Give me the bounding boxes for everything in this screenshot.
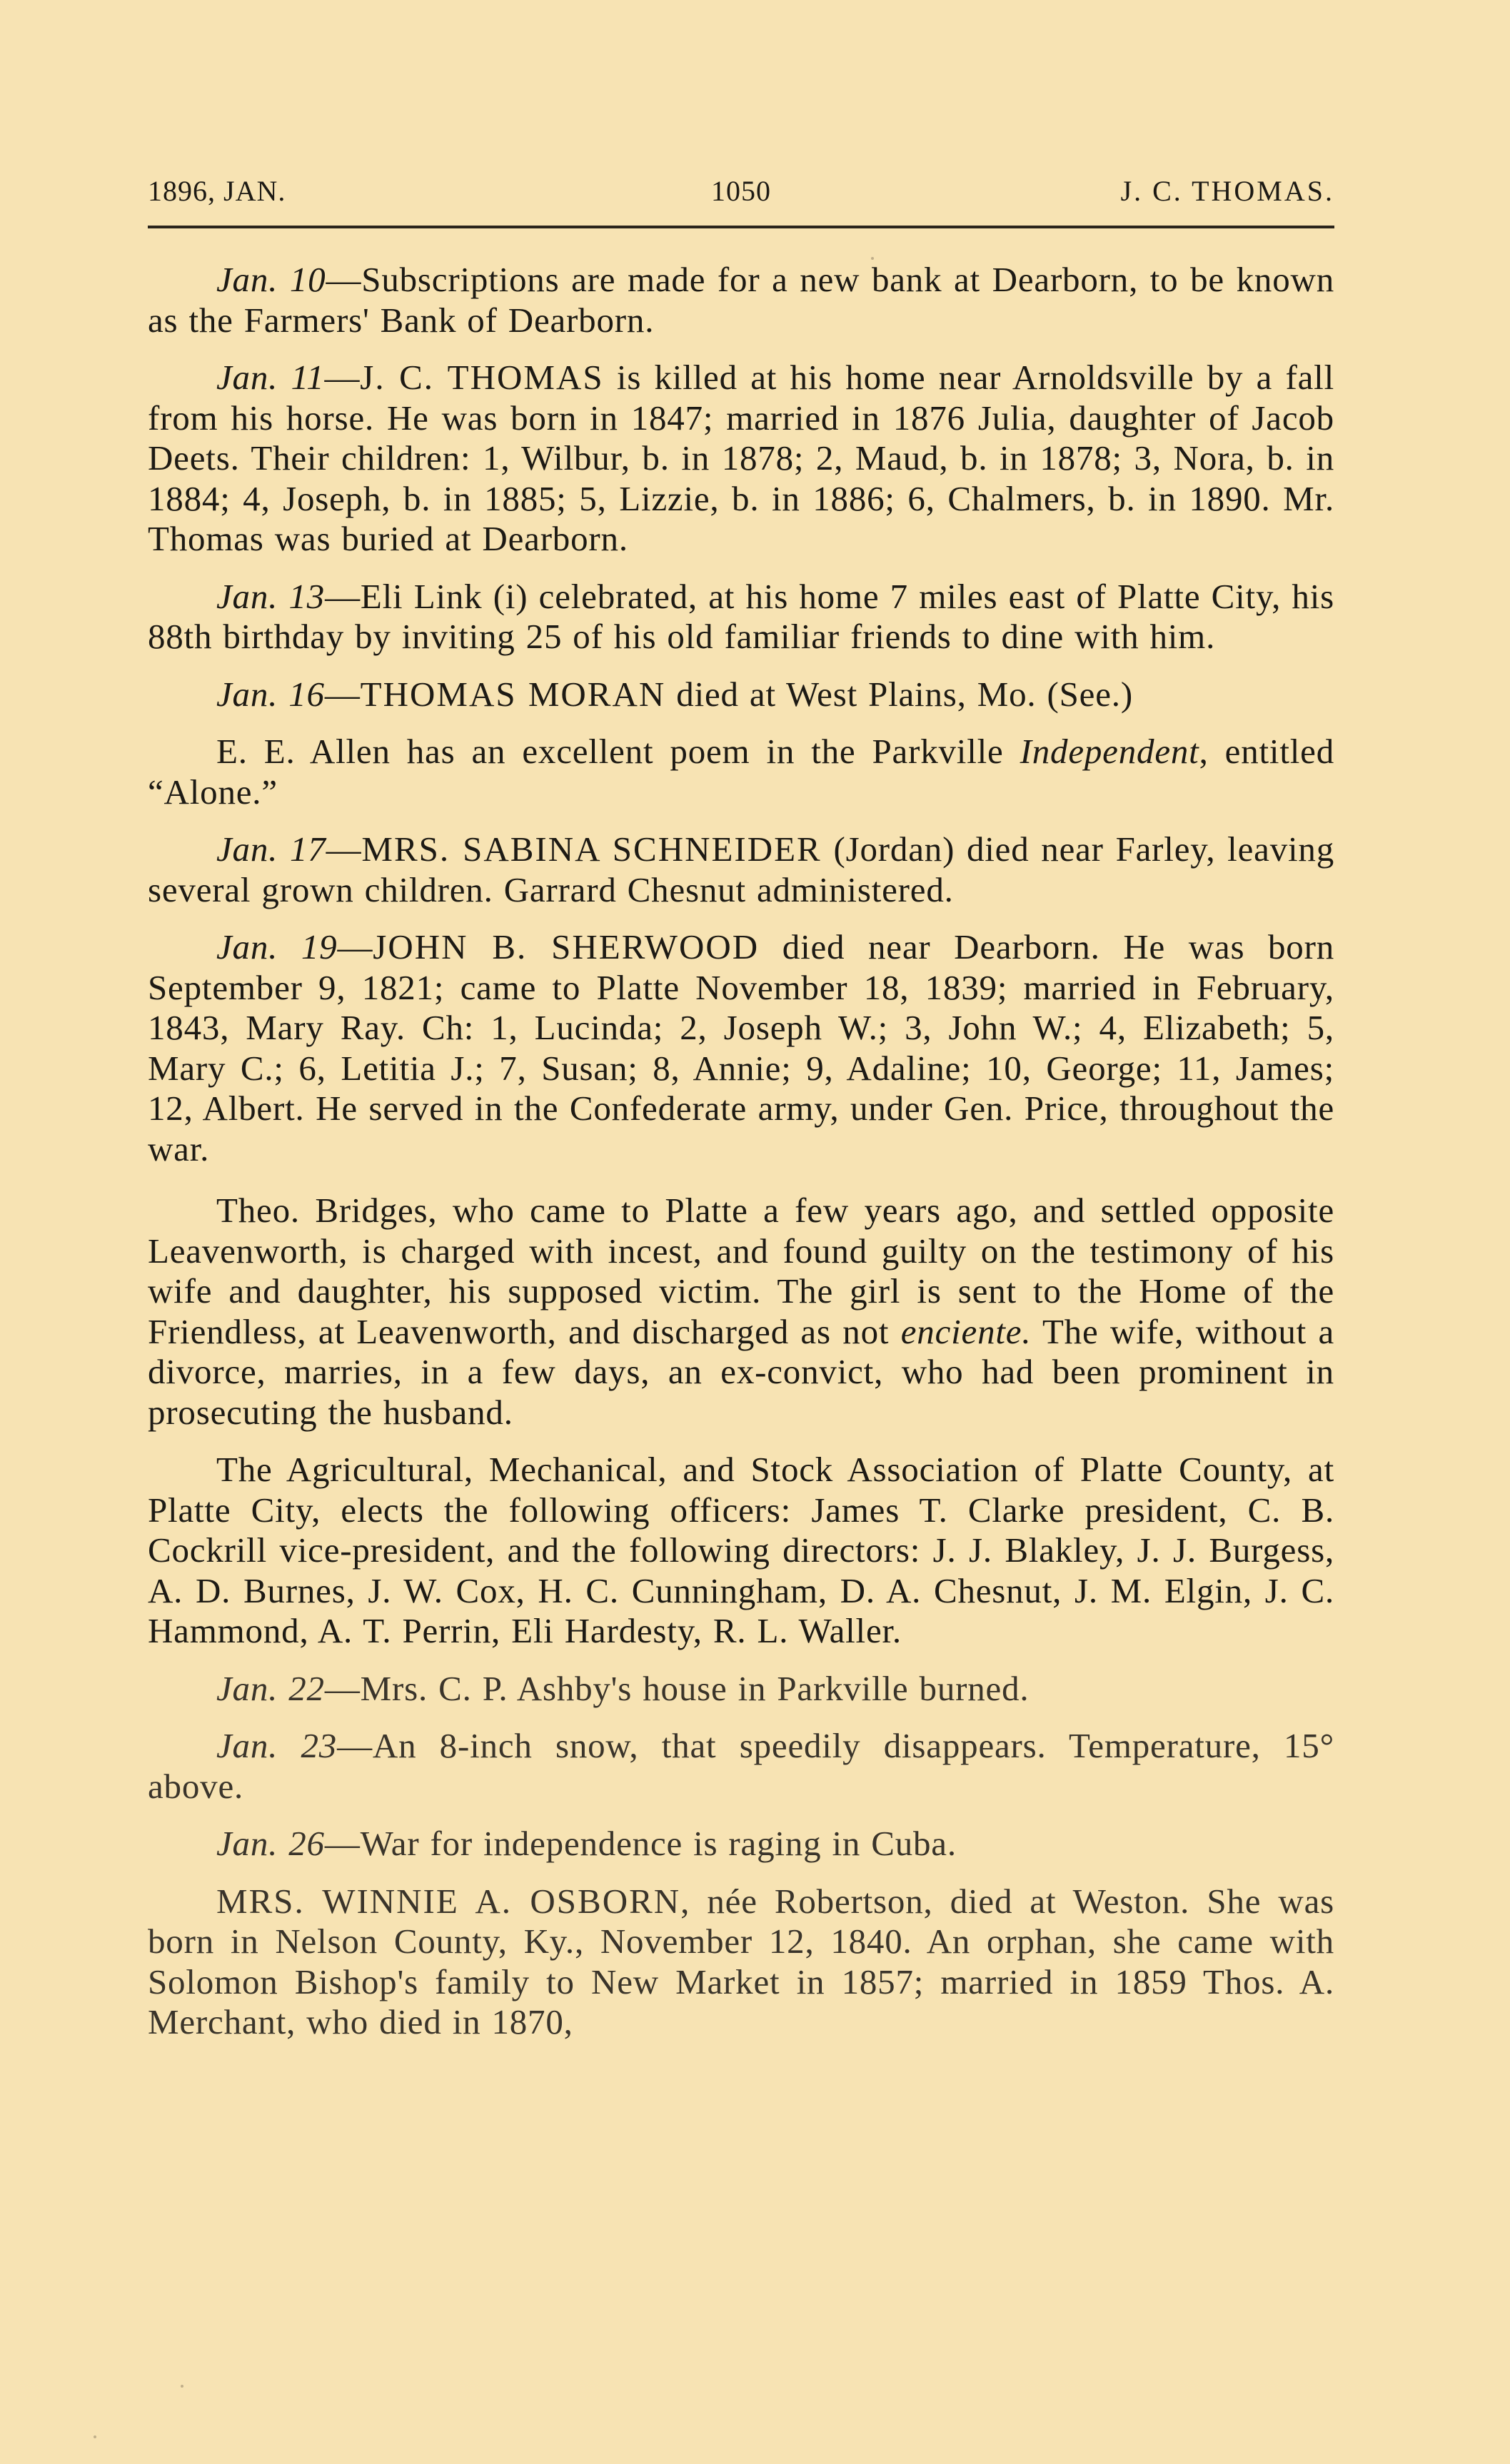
paper-speck	[94, 2435, 96, 2438]
entry-subject-name: MRS. SABINA SCHNEIDER	[361, 829, 821, 869]
entry-jan-17: Jan. 17—MRS. SABINA SCHNEIDER (Jordan) d…	[148, 829, 1334, 910]
entry-bridges: Theo. Bridges, who came to Platte a few …	[148, 1191, 1334, 1433]
entry-date: Jan. 19	[216, 927, 337, 966]
entry-date: Jan. 10	[216, 260, 326, 299]
book-page: 1896, JAN. 1050 J. C. THOMAS. Jan. 10—Su…	[148, 170, 1334, 2060]
entry-text: War for independence is raging in Cuba.	[361, 1824, 957, 1863]
em-dash: —	[326, 829, 362, 869]
entry-jan-11: Jan. 11—J. C. THOMAS is killed at his ho…	[148, 358, 1334, 560]
entry-jan-13: Jan. 13—Eli Link (i) celebrated, at his …	[148, 577, 1334, 657]
entry-text: died at West Plains, Mo. (See.)	[665, 675, 1133, 714]
entry-date: Jan. 11	[216, 358, 324, 397]
em-dash: —	[337, 927, 373, 966]
entry-text: E. E. Allen has an excellent poem in the…	[216, 732, 1020, 771]
entry-jan-10: Jan. 10—Subscriptions are made for a new…	[148, 260, 1334, 340]
em-dash: —	[337, 1726, 373, 1765]
entry-subject-name: J. C. THOMAS	[360, 358, 603, 397]
entry-jan-16: Jan. 16—THOMAS MORAN died at West Plains…	[148, 675, 1334, 715]
entry-osborn: MRS. WINNIE A. OSBORN, née Robertson, di…	[148, 1882, 1334, 2043]
entry-text: The Agricultural, Mechanical, and Stock …	[148, 1450, 1334, 1650]
page-number: 1050	[148, 170, 1334, 213]
em-dash: —	[324, 358, 360, 397]
entry-subject-name: JOHN B. SHERWOOD	[373, 927, 759, 966]
entry-jan-23: Jan. 23—An 8-inch snow, that speedily di…	[148, 1726, 1334, 1807]
entry-date: Jan. 26	[216, 1824, 325, 1863]
paper-speck	[181, 2385, 183, 2388]
header-rule	[148, 226, 1334, 228]
entry-association: The Agricultural, Mechanical, and Stock …	[148, 1450, 1334, 1652]
em-dash: —	[325, 1824, 361, 1863]
newspaper-title: Independent	[1020, 732, 1199, 771]
entry-jan-26: Jan. 26—War for independence is raging i…	[148, 1824, 1334, 1864]
entry-jan-22: Jan. 22—Mrs. C. P. Ashby's house in Park…	[148, 1669, 1334, 1710]
entry-allen-poem: E. E. Allen has an excellent poem in the…	[148, 732, 1334, 812]
em-dash: —	[325, 1669, 361, 1708]
entry-date: Jan. 16	[216, 675, 325, 714]
entry-text: Mrs. C. P. Ashby's house in Parkville bu…	[361, 1669, 1030, 1708]
em-dash: —	[326, 260, 361, 299]
entry-date: Jan. 17	[216, 829, 326, 869]
entry-subject-name: THOMAS MORAN	[361, 675, 666, 714]
running-head: 1896, JAN. 1050 J. C. THOMAS.	[148, 170, 1334, 213]
italic-term: enciente.	[901, 1312, 1032, 1351]
entry-date: Jan. 23	[216, 1726, 337, 1765]
paper-speck	[871, 257, 874, 260]
page-body: Jan. 10—Subscriptions are made for a new…	[148, 260, 1334, 2043]
em-dash: —	[325, 577, 361, 616]
entry-date: Jan. 22	[216, 1669, 325, 1708]
em-dash: —	[325, 675, 361, 714]
entry-jan-19: Jan. 19—JOHN B. SHERWOOD died near Dearb…	[148, 927, 1334, 1169]
entry-date: Jan. 13	[216, 577, 325, 616]
entry-subject-name: MRS. WINNIE A. OSBORN	[216, 1882, 680, 1921]
